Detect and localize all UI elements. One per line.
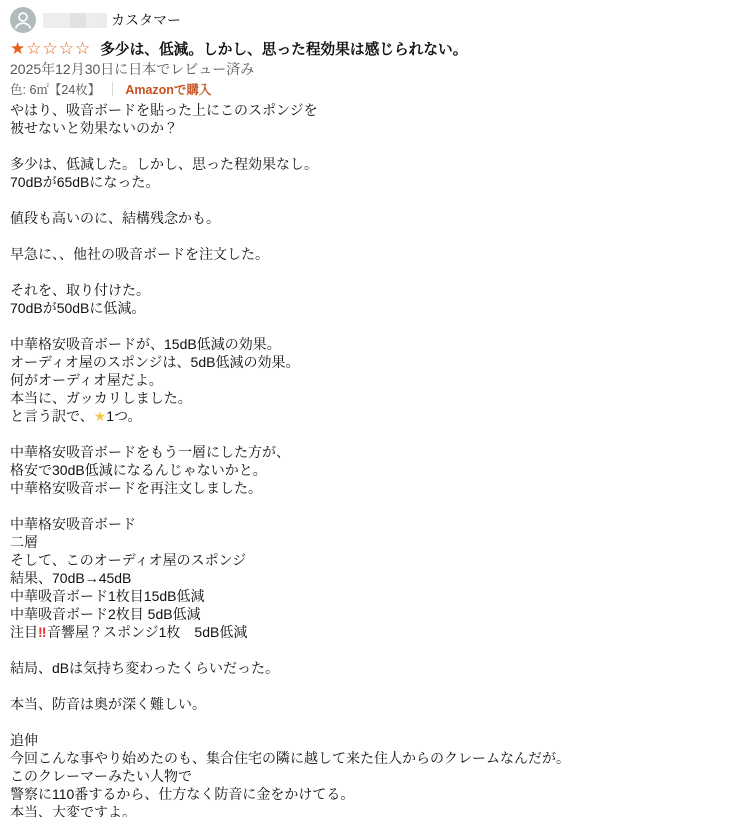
text-segment: 中華格安吸音ボード: [10, 516, 136, 532]
text-segment: 警察に110番するから、仕方なく防音に金をかけてる。: [10, 786, 354, 802]
text-segment: このクレーマーみたい人物で: [10, 768, 192, 784]
person-avatar-icon: [10, 7, 36, 33]
text-segment: 70dBが50dBに低減。: [10, 300, 145, 316]
text-segment: 中華格安吸音ボードを再注文しました。: [10, 480, 262, 496]
review-body-line: [10, 137, 734, 155]
review-body-line: 今回こんな事やり始めたのも、集合住宅の隣に越して来た住人からのクレームなんだが。: [10, 749, 734, 767]
review-body-line: 本当に、ガッカリしました。: [10, 389, 734, 407]
review-body-line: オーディオ屋のスポンジは、5dB低減の効果。: [10, 353, 734, 371]
text-segment: 本当、大変ですよ。: [10, 804, 136, 817]
review-body-line: [10, 713, 734, 731]
divider: [112, 82, 113, 96]
review-body-line: 中華格安吸音ボードが、15dB低減の効果。: [10, 335, 734, 353]
review-body-line: 70dBが50dBに低減。: [10, 299, 734, 317]
text-segment: 1つ。: [106, 408, 141, 424]
text-segment: 中華吸音ボード1枚目15dB低減: [10, 588, 204, 604]
text-segment: と言う訳で、: [10, 408, 94, 424]
text-segment: 多少は、低減した。しかし、思った程効果なし。: [10, 156, 318, 172]
review-body-line: このクレーマーみたい人物で: [10, 767, 734, 785]
text-segment: 早急に、、他社の吸音ボードを注文した。: [10, 246, 269, 262]
reviewer-name: カスタマー: [111, 10, 181, 30]
review-body-line: [10, 227, 734, 245]
text-segment: 何がオーディオ屋だよ。: [10, 372, 163, 388]
text-segment: 追伸: [10, 732, 38, 748]
review-body-line: 中華格安吸音ボードを再注文しました。: [10, 479, 734, 497]
review-body-line: [10, 425, 734, 443]
review-body-line: 格安で30dB低減になるんじゃないかと。: [10, 461, 734, 479]
text-segment: 本当、防音は奥が深く難しい。: [10, 696, 206, 712]
review-body-line: [10, 497, 734, 515]
text-segment: 中華格安吸音ボードが、15dB低減の効果。: [10, 336, 281, 352]
review-body-line: [10, 263, 734, 281]
review-body-line: 中華格安吸音ボード: [10, 515, 734, 533]
review-date: 2025年12月30日に日本でレビュー済み: [10, 61, 734, 78]
review-body-line: [10, 677, 734, 695]
text-segment: 今回こんな事やり始めたのも、集合住宅の隣に越して来た住人からのクレームなんだが。: [10, 750, 570, 766]
review-body-line: それを、取り付けた。: [10, 281, 734, 299]
review-body-line: 中華格安吸音ボードをもう一層にした方が、: [10, 443, 734, 461]
review-body: やはり、吸音ボードを貼った上にこのスポンジを被せないと効果ないのか？多少は、低減…: [10, 101, 734, 817]
text-segment: 中華吸音ボード2枚目 5dB低減: [10, 606, 201, 622]
double-exclamation-emoji: ‼: [38, 624, 47, 640]
variant-info[interactable]: 色: 6㎡【24枚】: [10, 80, 100, 98]
text-segment: 本当に、ガッカリしました。: [10, 390, 192, 406]
review-title[interactable]: 多少は、低減。しかし、思った程効果は感じられない。: [100, 38, 467, 59]
text-segment: 二層: [10, 534, 38, 550]
text-segment: やはり、吸音ボードを貼った上にこのスポンジを: [10, 102, 318, 118]
review-body-line: 警察に110番するから、仕方なく防音に金をかけてる。: [10, 785, 734, 803]
text-segment: 格安で30dB低減になるんじゃないかと。: [10, 462, 267, 478]
text-segment: 結局、dBは気持ち変わったくらいだった。: [10, 660, 279, 676]
review-body-line: 結果、70dB→45dB: [10, 569, 734, 587]
review-body-line: 注目‼音響屋？スポンジ1枚 5dB低減: [10, 623, 734, 641]
text-segment: それを、取り付けた。: [10, 282, 150, 298]
text-segment: 値段も高いのに、結構残念かも。: [10, 210, 220, 226]
reviewer-profile[interactable]: カスタマー: [10, 6, 734, 34]
review-body-line: 値段も高いのに、結構残念かも。: [10, 209, 734, 227]
redacted-reviewer-name: [43, 13, 107, 28]
review-body-line: と言う訳で、★1つ。: [10, 407, 734, 425]
review-body-line: [10, 317, 734, 335]
review-body-line: 中華吸音ボード2枚目 5dB低減: [10, 605, 734, 623]
text-segment: 中華格安吸音ボードをもう一層にした方が、: [10, 444, 290, 460]
text-segment: 結果、70dB→45dB: [10, 570, 131, 586]
review-body-line: [10, 641, 734, 659]
review-body-line: やはり、吸音ボードを貼った上にこのスポンジを: [10, 101, 734, 119]
review-body-line: 被せないと効果ないのか？: [10, 119, 734, 137]
review-body-line: 結局、dBは気持ち変わったくらいだった。: [10, 659, 734, 677]
rating-title-row: ★☆☆☆☆ 多少は、低減。しかし、思った程効果は感じられない。: [10, 39, 734, 58]
text-segment: そして、このオーディオ屋のスポンジ: [10, 552, 246, 568]
text-segment: 音響屋？スポンジ1枚 5dB低減: [47, 624, 247, 640]
review-body-line: 本当、防音は奥が深く難しい。: [10, 695, 734, 713]
star-rating[interactable]: ★☆☆☆☆: [10, 40, 91, 57]
star-emoji: ★: [94, 408, 107, 424]
review-body-line: 中華吸音ボード1枚目15dB低減: [10, 587, 734, 605]
text-segment: 70dBが65dBになった。: [10, 174, 159, 190]
review-body-line: そして、このオーディオ屋のスポンジ: [10, 551, 734, 569]
review-body-line: 本当、大変ですよ。: [10, 803, 734, 817]
verified-purchase-badge: Amazonで購入: [125, 80, 211, 98]
review-page: カスタマー ★☆☆☆☆ 多少は、低減。しかし、思った程効果は感じられない。 20…: [0, 0, 744, 817]
text-segment: 被せないと効果ないのか？: [10, 120, 178, 136]
review-body-line: 追伸: [10, 731, 734, 749]
review-body-line: 二層: [10, 533, 734, 551]
review-body-line: 70dBが65dBになった。: [10, 173, 734, 191]
text-segment: オーディオ屋のスポンジは、5dB低減の効果。: [10, 354, 299, 370]
review-body-line: 早急に、、他社の吸音ボードを注文した。: [10, 245, 734, 263]
text-segment: 注目: [10, 624, 38, 640]
review-body-line: 何がオーディオ屋だよ。: [10, 371, 734, 389]
review-body-line: 多少は、低減した。しかし、思った程効果なし。: [10, 155, 734, 173]
review-meta-row: 色: 6㎡【24枚】 Amazonで購入: [10, 81, 734, 97]
review-body-line: [10, 191, 734, 209]
